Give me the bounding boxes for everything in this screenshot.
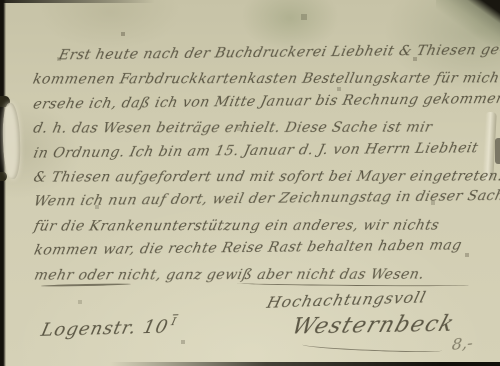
- scan-edge-left: [0, 0, 6, 366]
- scan-edge-bottom: [110, 362, 500, 366]
- address-line: Logenstr. 10I: [39, 315, 178, 340]
- closing-formula: Hochachtungsvoll: [265, 288, 429, 311]
- letter-line: in Ordnung. Ich bin am 15. Januar d. J. …: [31, 138, 477, 166]
- floor-superscript: I: [170, 315, 178, 328]
- signature: Westernbeck: [289, 312, 459, 340]
- street-and-number: Logenstr. 10: [39, 316, 170, 340]
- letter-body: Erst heute nach der Buchdruckerei Liebhe…: [30, 40, 478, 287]
- edge-damage-mark: [0, 172, 7, 181]
- pencil-price-note: 8,-: [451, 333, 473, 354]
- letter-line: kommen war, die rechte Reise Rast behalt…: [32, 236, 478, 264]
- letter-line: ersehe ich, daß ich von Mitte Januar bis…: [30, 89, 476, 117]
- signature-flourish: [302, 342, 442, 354]
- scanned-letter: Erst heute nach der Buchdruckerei Liebhe…: [0, 0, 500, 366]
- letter-line: Wenn ich nun auf dort, weil der Zeichnun…: [31, 187, 477, 215]
- paper-specks: [0, 0, 2, 2]
- scan-edge-top: [0, 0, 155, 3]
- edge-damage-mark: [495, 138, 500, 164]
- letter-line: Erst heute nach der Buchdruckerei Liebhe…: [30, 40, 476, 68]
